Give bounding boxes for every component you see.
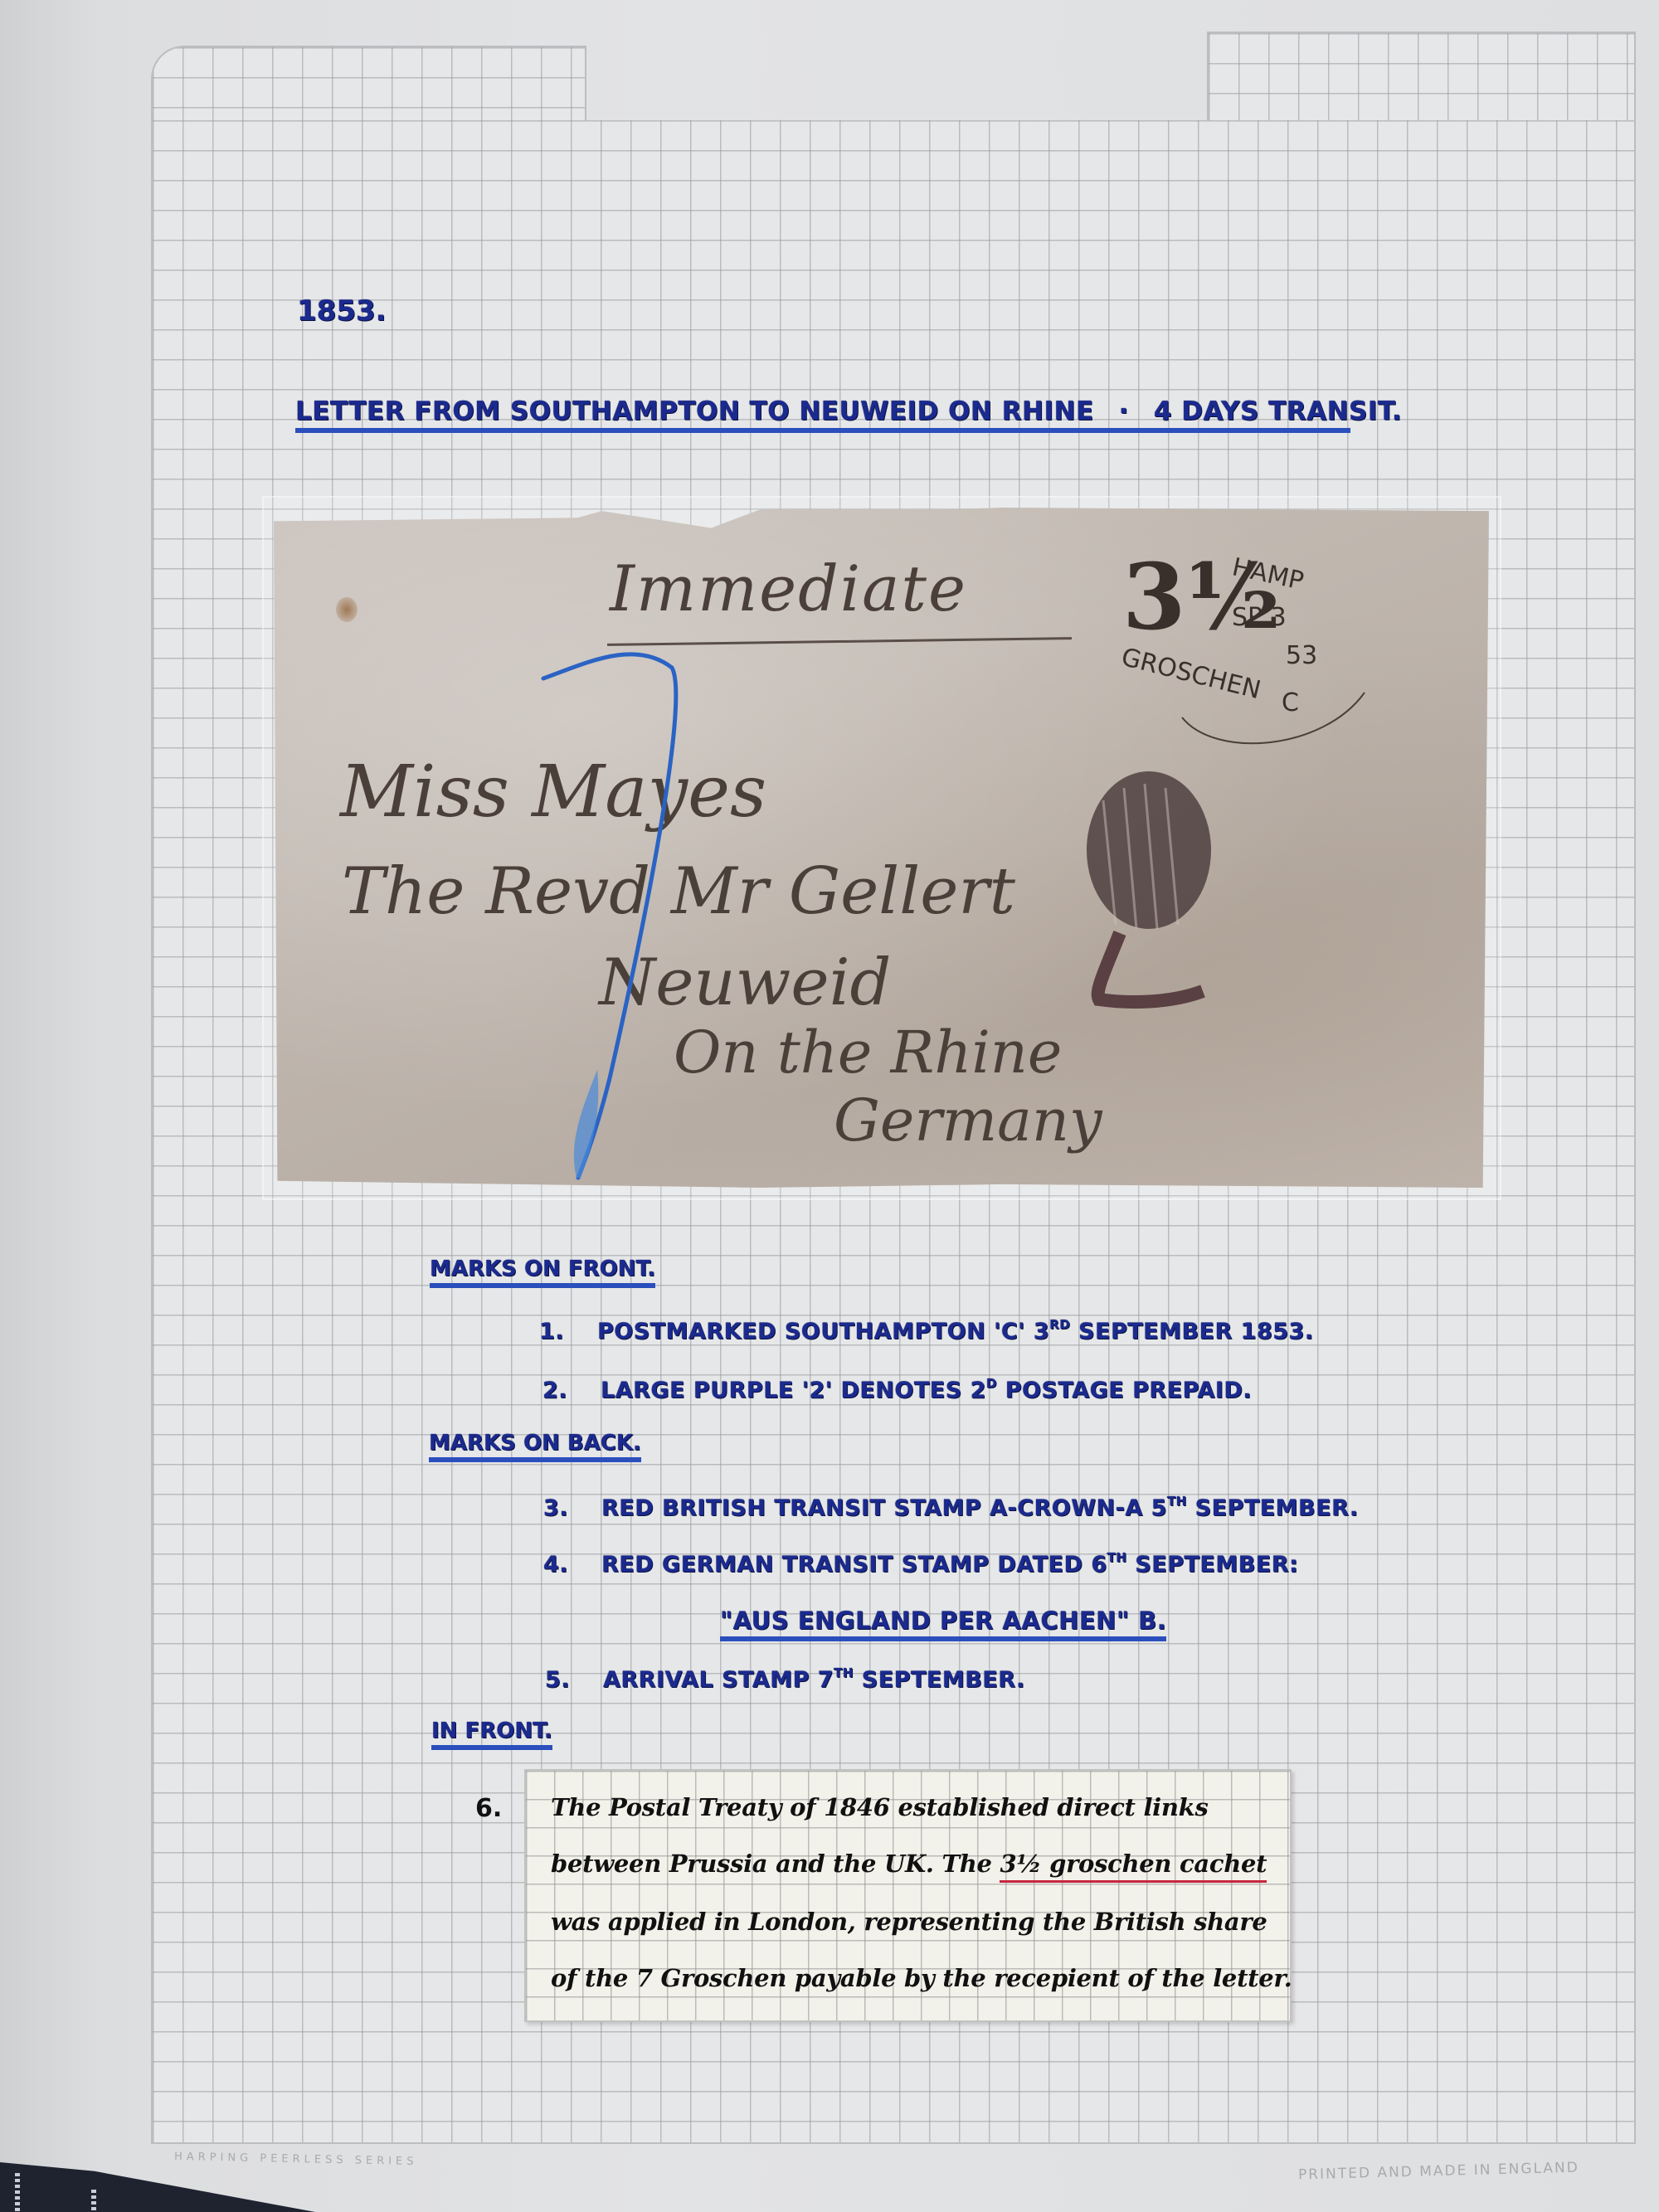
- mark-item-5: 5.ARRIVAL STAMP 7TH SEPTEMBER.: [545, 1665, 1025, 1693]
- grid-paper-tab-left: [151, 46, 586, 129]
- item-text: SEPTEMBER.: [1187, 1495, 1359, 1521]
- note-line: was applied in London, representing the …: [551, 1908, 1267, 1936]
- cachet-code: C: [1282, 688, 1299, 717]
- ordinal-suffix: TH: [834, 1665, 854, 1680]
- grid-paper-tab-right: [1207, 32, 1636, 127]
- note-number: 6.: [475, 1794, 502, 1823]
- item-text: SEPTEMBER.: [854, 1667, 1025, 1693]
- item-text: ARRIVAL STAMP 7: [603, 1667, 834, 1693]
- album-stitching: [91, 2190, 96, 2212]
- item-number: 5.: [545, 1667, 603, 1693]
- ordinal-suffix: D: [986, 1376, 997, 1391]
- item-text: RED BRITISH TRANSIT STAMP A-CROWN-A 5: [601, 1495, 1167, 1521]
- foxing-spot: [336, 597, 358, 622]
- album-stitching: [15, 2173, 20, 2212]
- item-number: 3.: [543, 1495, 601, 1521]
- item-number: 1.: [539, 1319, 597, 1344]
- page-printer-imprint: PRINTED AND MADE IN ENGLAND: [1298, 2160, 1579, 2184]
- title-transit: 4 DAYS TRANSIT.: [1154, 396, 1402, 426]
- address-line: Germany: [834, 1087, 1102, 1155]
- mark-item-3: 3.RED BRITISH TRANSIT STAMP A-CROWN-A 5T…: [543, 1494, 1359, 1521]
- title-separator: ·: [1119, 396, 1129, 426]
- item-text: SEPTEMBER 1853.: [1070, 1319, 1313, 1344]
- endorsement-immediate: Immediate: [610, 552, 967, 625]
- note-line: The Postal Treaty of 1846 established di…: [551, 1793, 1208, 1821]
- page-title: LETTER FROM SOUTHAMPTON TO NEUWEID ON RH…: [295, 396, 1350, 433]
- cachet-date: SP 3: [1232, 603, 1287, 632]
- item-text: SEPTEMBER:: [1126, 1552, 1298, 1578]
- item-text: POSTAGE PREPAID.: [997, 1378, 1252, 1403]
- southampton-groschen-cachet: 3½ HAMP SP 3 53 GROSCHEN C: [1116, 543, 1389, 759]
- mark-item-4-continuation: "AUS ENGLAND PER AACHEN" B.: [720, 1607, 1166, 1635]
- page-series-imprint: HARPING PEERLESS SERIES: [174, 2151, 418, 2168]
- mark-item-2: 2.LARGE PURPLE '2' DENOTES 2D POSTAGE PR…: [542, 1376, 1252, 1403]
- album-background: [0, 2162, 315, 2212]
- heading-in-front: IN FRONT.: [431, 1719, 552, 1750]
- note-card: The Postal Treaty of 1846 established di…: [524, 1769, 1292, 2022]
- page-year: 1853.: [297, 294, 387, 328]
- item-text: LARGE PURPLE '2' DENOTES 2: [601, 1378, 986, 1403]
- item-number: 4.: [543, 1552, 601, 1578]
- heading-marks-on-back: MARKS ON BACK.: [429, 1431, 641, 1462]
- mark-item-4: 4.RED GERMAN TRANSIT STAMP DATED 6TH SEP…: [543, 1550, 1298, 1578]
- item-text: RED GERMAN TRANSIT STAMP DATED 6: [601, 1552, 1107, 1578]
- purple-two-handstamp: [1070, 767, 1228, 1016]
- title-route: LETTER FROM SOUTHAMPTON TO NEUWEID ON RH…: [295, 396, 1094, 426]
- groschen-cachet-highlight: 3½ groschen cachet: [1000, 1850, 1267, 1883]
- ordinal-suffix: TH: [1107, 1550, 1127, 1565]
- item-number: 2.: [542, 1378, 601, 1403]
- aus-england-per-aachen-text: "AUS ENGLAND PER AACHEN" B.: [720, 1607, 1166, 1641]
- blue-crayon-seven-mark: [535, 647, 701, 1186]
- heading-marks-on-front: MARKS ON FRONT.: [430, 1257, 655, 1288]
- mark-item-1: 1.POSTMARKED SOUTHAMPTON 'C' 3RD SEPTEMB…: [539, 1317, 1314, 1344]
- address-line: On the Rhine: [674, 1018, 1062, 1087]
- ordinal-suffix: TH: [1167, 1494, 1187, 1509]
- item-text: POSTMARKED SOUTHAMPTON 'C' 3: [597, 1319, 1049, 1344]
- note-text: between Prussia and the UK. The: [551, 1850, 1000, 1878]
- note-line: between Prussia and the UK. The 3½ grosc…: [551, 1850, 1267, 1878]
- ordinal-suffix: RD: [1049, 1317, 1070, 1332]
- cachet-year: 53: [1286, 641, 1317, 670]
- note-line: of the 7 Groschen payable by the recepie…: [551, 1964, 1292, 1992]
